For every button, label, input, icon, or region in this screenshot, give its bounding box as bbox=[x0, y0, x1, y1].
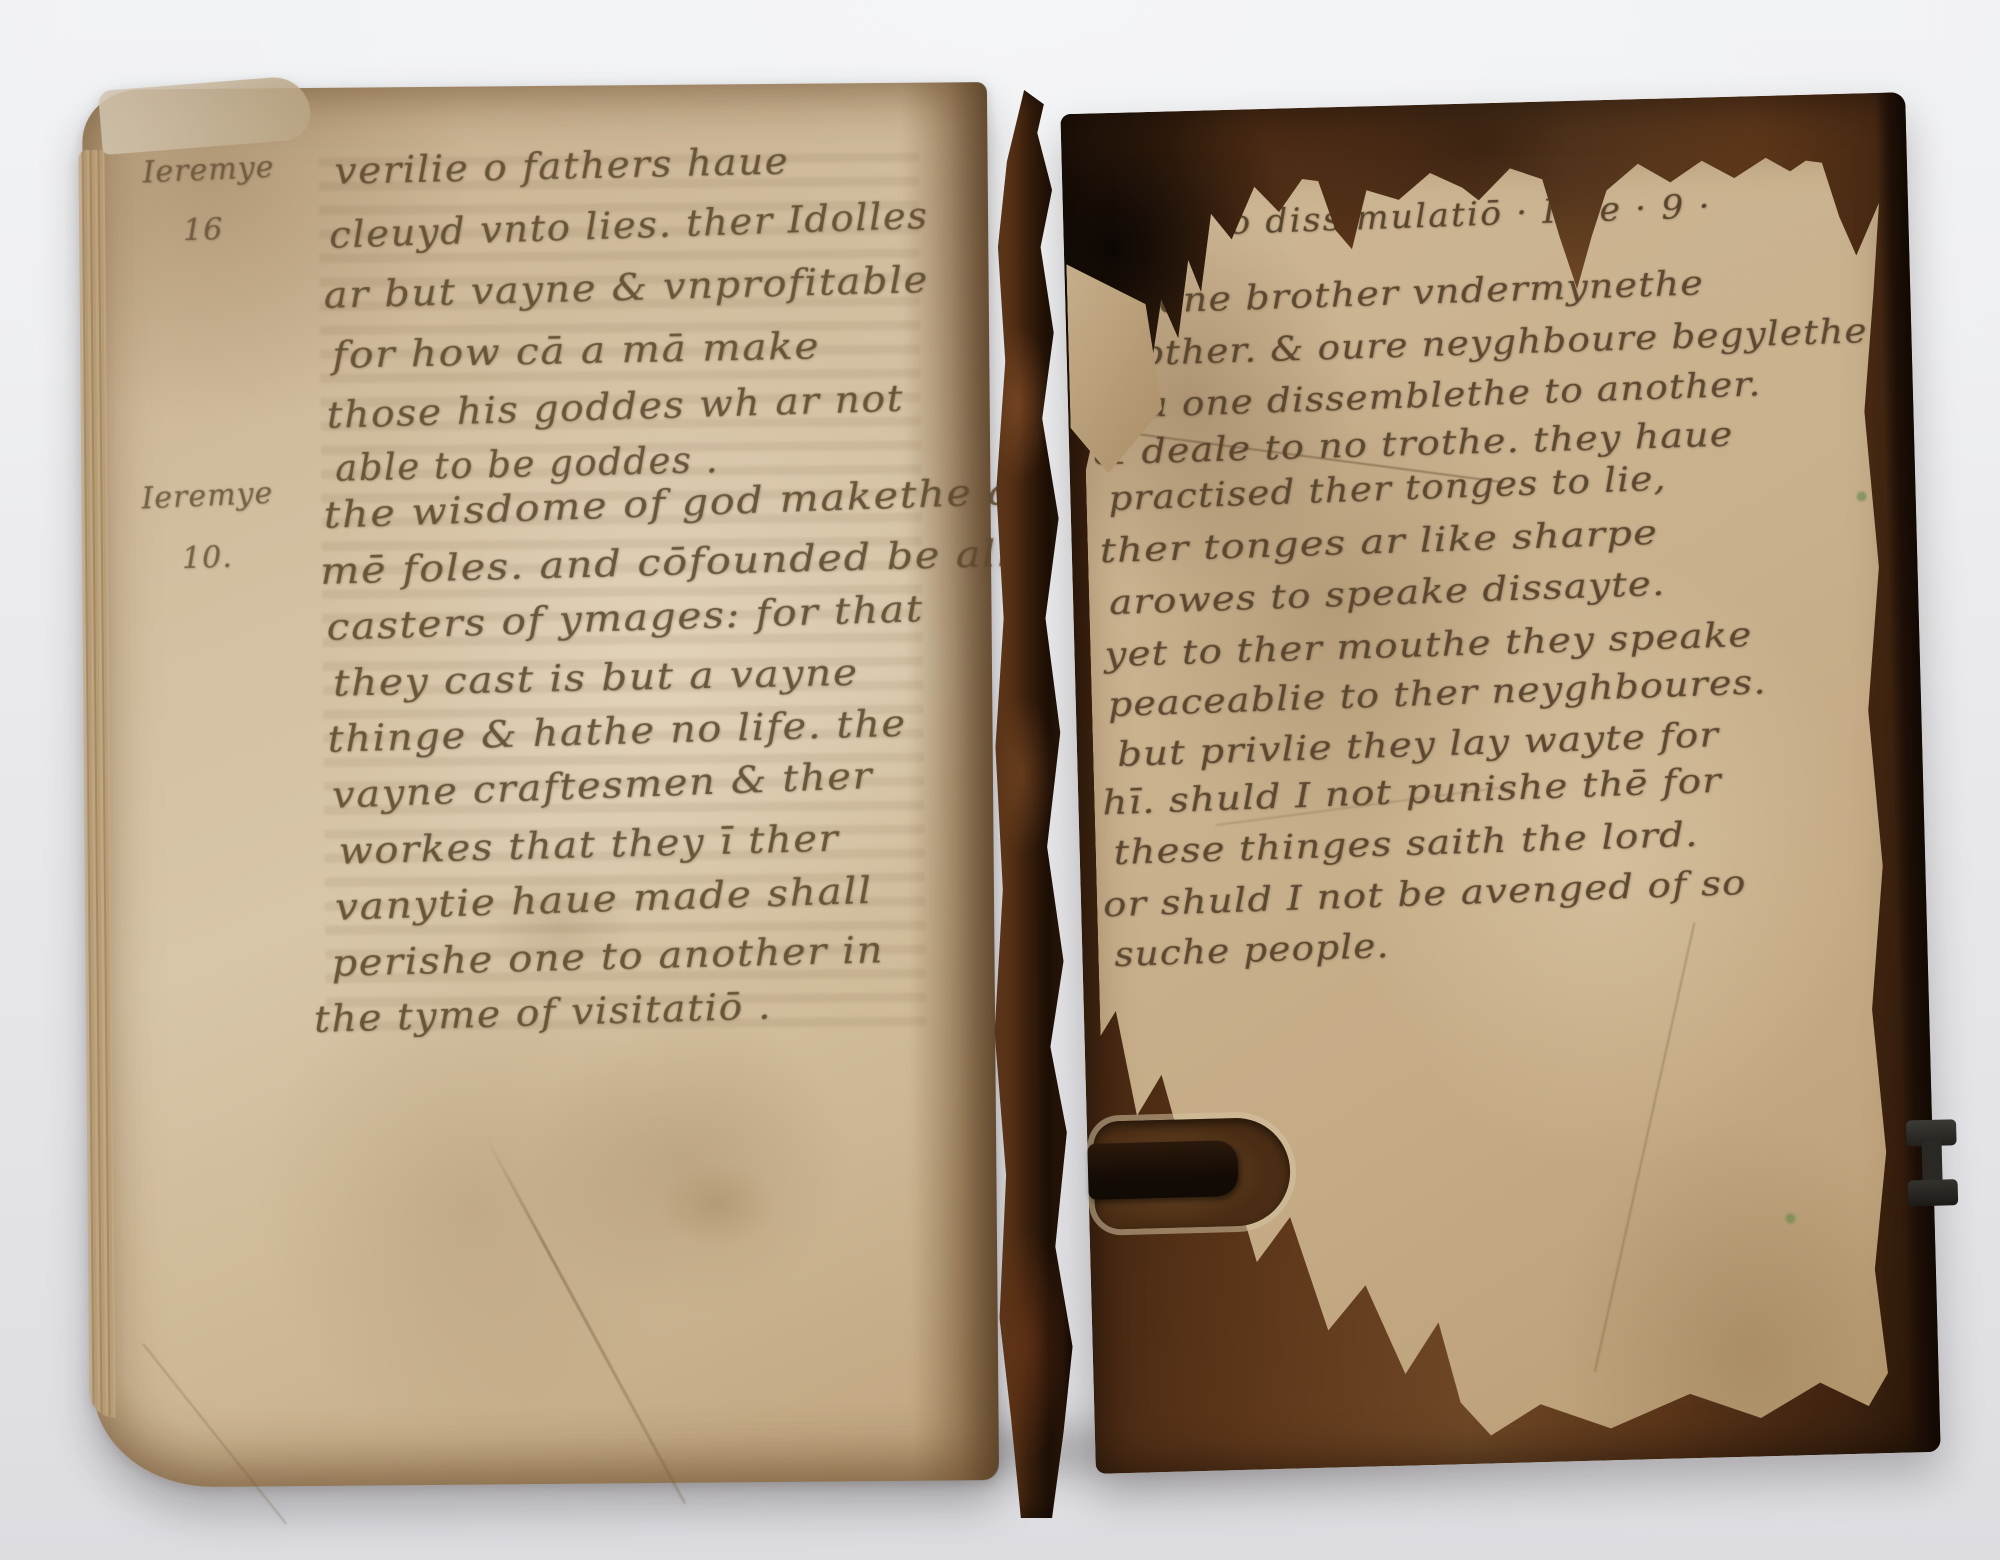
manuscript-line: suche people. bbox=[1114, 926, 1390, 975]
manuscript-line: ther tonges ar like sharpe bbox=[1099, 513, 1658, 571]
left-page: Ieremye 16 Ieremye 10. verilie o fathers… bbox=[82, 82, 999, 1488]
right-cover-board: o dissimulatiō · Iere · 9 · ye one broth… bbox=[1060, 92, 1940, 1474]
photograph-of-open-manuscript-book: Ieremye 16 Ieremye 10. verilie o fathers… bbox=[0, 0, 2000, 1560]
green-fleck bbox=[1856, 491, 1866, 501]
margin-note-book: Ieremye bbox=[142, 150, 275, 191]
manuscript-line: ye one brother vndermynethe bbox=[1099, 263, 1705, 323]
leather-strap-remnant bbox=[1087, 1140, 1238, 1200]
manuscript-line: or shuld I not be avenged of so bbox=[1102, 863, 1747, 925]
right-page: o dissimulatiō · Iere · 9 · ye one broth… bbox=[1078, 151, 1912, 1471]
margin-note-chapter: 10. bbox=[182, 540, 234, 576]
green-fleck bbox=[1785, 1213, 1795, 1223]
manuscript-line: these thinges saith the lord. bbox=[1113, 815, 1699, 873]
margin-note-chapter: 16 bbox=[183, 212, 224, 248]
clasp-knob bbox=[1908, 1179, 1959, 1206]
manuscript-line: arowes to speake dissayte. bbox=[1108, 564, 1666, 623]
paper-stain bbox=[631, 1144, 802, 1265]
page-heading: o dissimulatiō · Iere · 9 · bbox=[1229, 186, 1713, 242]
page-leaf-edges bbox=[78, 150, 115, 1418]
margin-note-book: Ieremye bbox=[141, 476, 274, 517]
paper-crease bbox=[1594, 923, 1696, 1373]
board-fore-edge bbox=[1875, 92, 1941, 1452]
worn-corner-chip bbox=[98, 75, 312, 155]
book-spine-leather bbox=[993, 90, 1075, 1518]
metal-clasp bbox=[1906, 1119, 1958, 1206]
